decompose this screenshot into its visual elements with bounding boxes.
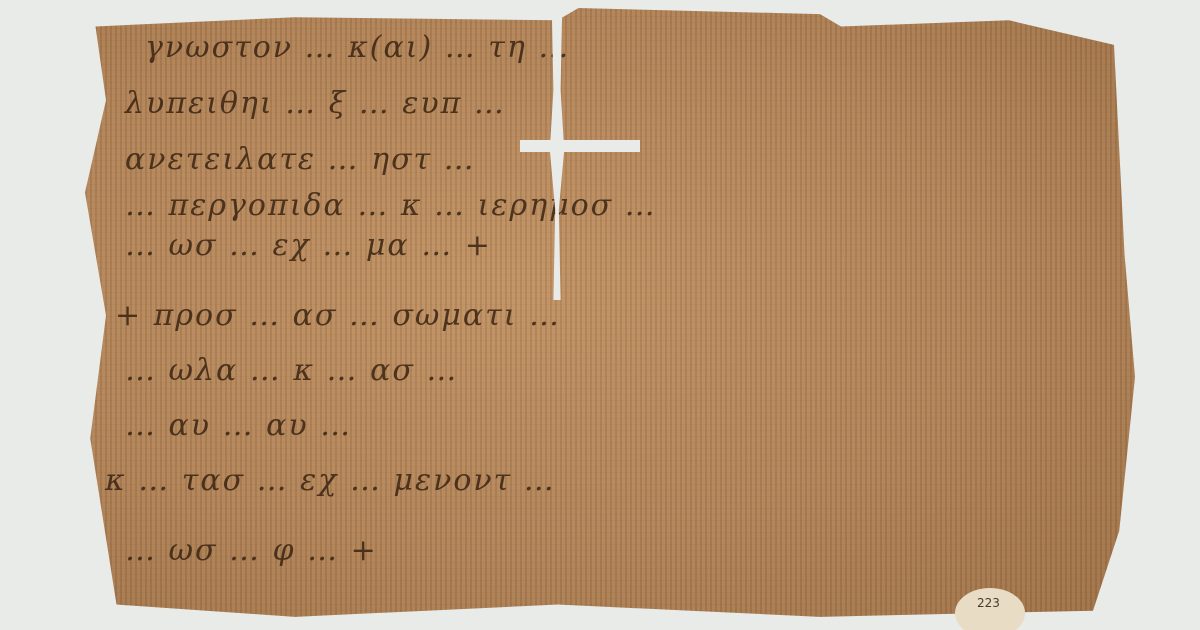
tear-gap	[520, 140, 640, 152]
collection-label: 223	[955, 588, 1025, 630]
text-line: … περγοπιδα … κ … ιερημοσ …	[125, 188, 657, 223]
collection-number: 223	[977, 596, 1000, 610]
text-line: ανετειλατε … ηστ …	[125, 142, 476, 177]
text-line: λυπειθηι … ξ … ευπ …	[125, 86, 506, 121]
text-line: … αυ … αυ …	[125, 408, 352, 443]
papyrus-fragment: γνωστον … κ(αι) … τη … λυπειθηι … ξ … ευ…	[85, 8, 1135, 623]
text-line: … ωσ … εχ … μα … +	[125, 228, 492, 263]
papyrus-photo: γνωστον … κ(αι) … τη … λυπειθηι … ξ … ευ…	[0, 0, 1200, 630]
text-line: … ωσ … φ … +	[125, 533, 378, 568]
text-line: γνωστον … κ(αι) … τη …	[145, 30, 570, 65]
text-line: κ … τασ … εχ … μενοντ …	[105, 463, 556, 498]
text-line: + προσ … ασ … σωματι …	[115, 298, 561, 333]
text-line: … ωλα … κ … ασ …	[125, 353, 458, 388]
